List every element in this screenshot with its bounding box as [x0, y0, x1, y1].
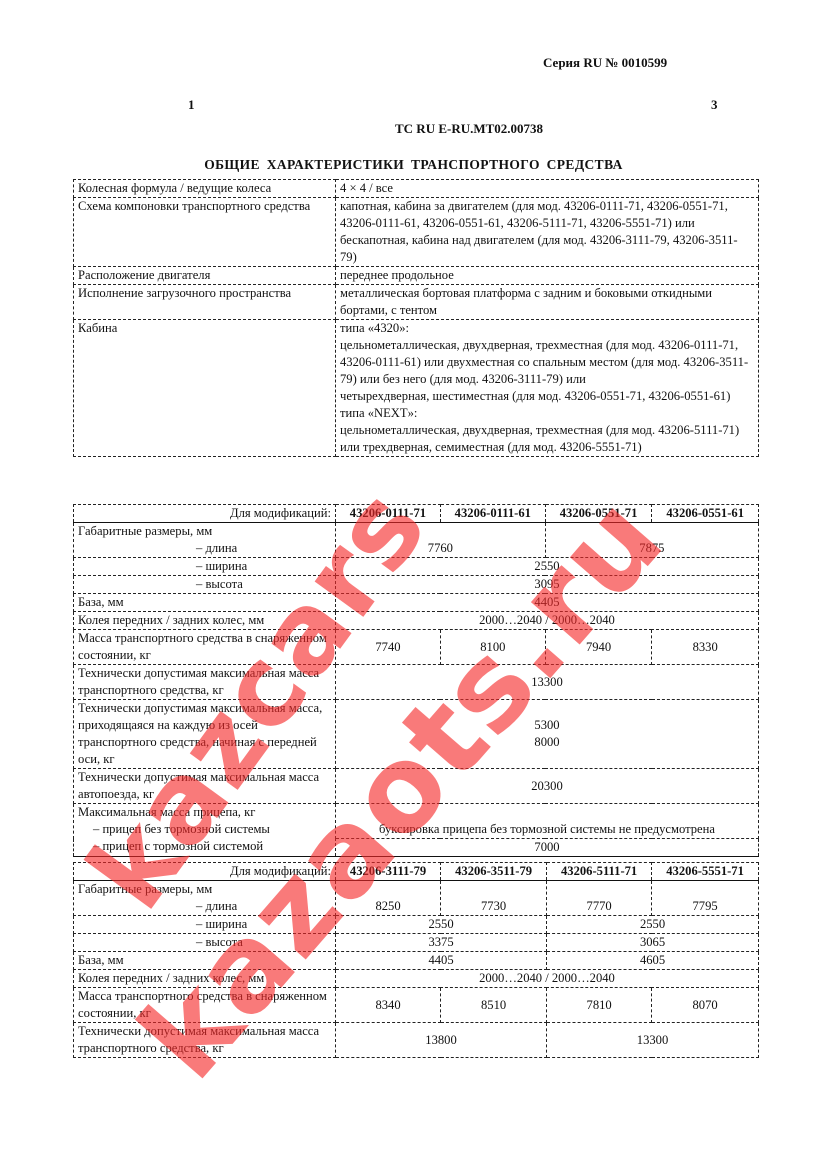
- table-row: – ширина 2550 2550: [74, 916, 759, 934]
- table-row: – высота 3095: [74, 576, 759, 594]
- table-row: Исполнение загрузочного пространства мет…: [74, 285, 759, 320]
- cell-value: 3095: [336, 576, 759, 594]
- row-label: Колея передних / задних колес, мм: [74, 970, 336, 988]
- cell-value: буксировка прицепа без тормозной системы…: [336, 804, 759, 839]
- cell-value: 8100: [440, 630, 545, 665]
- table-row: Максимальная масса прицепа, кг– прицеп б…: [74, 804, 759, 839]
- table-row: Масса транспортного средства в снаряженн…: [74, 630, 759, 665]
- cell-value: 8330: [652, 630, 759, 665]
- table-row: Колесная формула / ведущие колеса 4 × 4 …: [74, 180, 759, 198]
- table-row: Технически допустимая максимальная масса…: [74, 769, 759, 804]
- row-label: Технически допустимая максимальная масса…: [74, 769, 336, 804]
- cabin-description: типа «4320»: цельнометаллическая, двухдв…: [336, 320, 759, 457]
- model-header: 43206-0111-71: [336, 505, 441, 523]
- height-label: – высота: [78, 576, 331, 593]
- cell-value: 2000…2040 / 2000…2040: [336, 612, 759, 630]
- row-label: – ширина: [74, 558, 336, 576]
- cell-value: 7795: [652, 881, 759, 916]
- cell-value: 7770: [547, 881, 652, 916]
- table-header-row: Для модификаций: 43206-3111-79 43206-351…: [74, 863, 759, 881]
- row-label: Габаритные размеры, мм– длина: [74, 881, 336, 916]
- row-label: Масса транспортного средства в снаряженн…: [74, 630, 336, 665]
- cell-value: 4405: [336, 952, 547, 970]
- model-header: 43206-0111-61: [440, 505, 545, 523]
- row-label: – высота: [74, 934, 336, 952]
- cell-value: 7740: [336, 630, 441, 665]
- series-number: Серия RU № 0010599: [543, 55, 667, 71]
- model-header: 43206-0551-61: [652, 505, 759, 523]
- table-row: База, мм 4405: [74, 594, 759, 612]
- cabin-line: цельнометаллическая, двухдверная, трехме…: [340, 422, 754, 456]
- axle-mass-front: 5300: [340, 717, 754, 734]
- row-value: металлическая бортовая платформа с задни…: [336, 285, 759, 320]
- row-label: Технически допустимая максимальная масса…: [74, 665, 336, 700]
- width-label: – ширина: [78, 558, 331, 575]
- page-number-left: 1: [188, 97, 195, 113]
- modifications-table-2: Для модификаций: 43206-3111-79 43206-351…: [73, 862, 759, 1058]
- row-label: Расположение двигателя: [74, 267, 336, 285]
- cell-value: 3375: [336, 934, 547, 952]
- cell-value: 7000: [336, 839, 759, 857]
- cell-value: 2550: [336, 916, 547, 934]
- general-characteristics-table: Колесная формула / ведущие колеса 4 × 4 …: [73, 179, 759, 457]
- cell-value: 5300 8000: [336, 700, 759, 769]
- cell-value: 7730: [441, 881, 547, 916]
- table-header-row: Для модификаций: 43206-0111-71 43206-011…: [74, 505, 759, 523]
- trailer-mass-label: Максимальная масса прицепа, кг: [78, 805, 255, 819]
- cell-value: 13800: [336, 1023, 547, 1058]
- table-row: Технически допустимая максимальная масса…: [74, 700, 759, 769]
- row-value: 4 × 4 / все: [336, 180, 759, 198]
- table-row: Габаритные размеры, мм– длина 7760 7875: [74, 523, 759, 558]
- row-label: Колея передних / задних колес, мм: [74, 612, 336, 630]
- model-header: 43206-3511-79: [441, 863, 547, 881]
- table-row: – высота 3375 3065: [74, 934, 759, 952]
- dims-label: Габаритные размеры, мм: [78, 524, 212, 538]
- cell-value: 20300: [336, 769, 759, 804]
- cabin-line: типа «4320»:: [340, 320, 754, 337]
- row-value: переднее продольное: [336, 267, 759, 285]
- row-label: Технически допустимая максимальная масса…: [74, 1023, 336, 1058]
- table-row: База, мм 4405 4605: [74, 952, 759, 970]
- model-header: 43206-5111-71: [547, 863, 652, 881]
- cell-value: 4605: [547, 952, 759, 970]
- cell-value: 8340: [336, 988, 441, 1023]
- cell-value: 7875: [545, 523, 758, 558]
- row-label: Технически допустимая максимальная масса…: [74, 700, 336, 769]
- table-row: Масса транспортного средства в снаряженн…: [74, 988, 759, 1023]
- cabin-line: типа «NEXT»:: [340, 405, 754, 422]
- row-label: – высота: [74, 576, 336, 594]
- row-label: Габаритные размеры, мм– длина: [74, 523, 336, 558]
- table-row: Технически допустимая максимальная масса…: [74, 665, 759, 700]
- table-row: – ширина 2550: [74, 558, 759, 576]
- cell-value: 13300: [547, 1023, 759, 1058]
- row-label: Схема компоновки транспортного средства: [74, 198, 336, 267]
- table-row: Технически допустимая максимальная масса…: [74, 1023, 759, 1058]
- width-label: – ширина: [78, 916, 331, 933]
- axle-mass-rear: 8000: [340, 734, 754, 751]
- row-label: База, мм: [74, 952, 336, 970]
- table-row: Колея передних / задних колес, мм 2000…2…: [74, 970, 759, 988]
- model-header: 43206-0551-71: [545, 505, 652, 523]
- cell-value: 4405: [336, 594, 759, 612]
- cell-value: 7760: [336, 523, 546, 558]
- cell-value: 7940: [545, 630, 652, 665]
- cell-value: 8070: [652, 988, 759, 1023]
- table-row: Расположение двигателя переднее продольн…: [74, 267, 759, 285]
- cell-value: 13300: [336, 665, 759, 700]
- model-header: 43206-3111-79: [336, 863, 441, 881]
- row-label: Кабина: [74, 320, 336, 457]
- trailer-unbraked-label: – прицеп без тормозной системы: [78, 821, 331, 838]
- cell-value: 8510: [441, 988, 547, 1023]
- cell-value: 8250: [336, 881, 441, 916]
- page-number-right: 3: [711, 97, 718, 113]
- modifications-table-1: Для модификаций: 43206-0111-71 43206-011…: [73, 504, 759, 857]
- model-header: 43206-5551-71: [652, 863, 759, 881]
- for-mods-label: Для модификаций:: [74, 863, 336, 881]
- cell-value: 7810: [547, 988, 652, 1023]
- row-value: капотная, кабина за двигателем (для мод.…: [336, 198, 759, 267]
- row-label: Исполнение загрузочного пространства: [74, 285, 336, 320]
- cell-value: 3065: [547, 934, 759, 952]
- trailer-braked-label: – прицеп с тормозной системой: [78, 838, 331, 855]
- cell-value: 2000…2040 / 2000…2040: [336, 970, 759, 988]
- row-label: Максимальная масса прицепа, кг– прицеп б…: [74, 804, 336, 857]
- length-label: – длина: [78, 898, 331, 915]
- dims-label: Габаритные размеры, мм: [78, 882, 212, 896]
- cabin-line: цельнометаллическая, двухдверная, трехме…: [340, 337, 754, 388]
- cell-value: 2550: [336, 558, 759, 576]
- table-row: Кабина типа «4320»: цельнометаллическая,…: [74, 320, 759, 457]
- table-row: Габаритные размеры, мм– длина 8250 7730 …: [74, 881, 759, 916]
- row-label: Масса транспортного средства в снаряженн…: [74, 988, 336, 1023]
- cell-value: 2550: [547, 916, 759, 934]
- page-title: ОБЩИЕ ХАРАКТЕРИСТИКИ ТРАНСПОРТНОГО СРЕДС…: [0, 157, 827, 173]
- certificate-number: ТС RU E-RU.MT02.00738: [395, 121, 543, 137]
- row-label: Колесная формула / ведущие колеса: [74, 180, 336, 198]
- table-row: Колея передних / задних колес, мм 2000…2…: [74, 612, 759, 630]
- cabin-line: четырехдверная, шестиместная (для мод. 4…: [340, 388, 754, 405]
- table-row: Схема компоновки транспортного средства …: [74, 198, 759, 267]
- for-mods-label: Для модификаций:: [74, 505, 336, 523]
- row-label: База, мм: [74, 594, 336, 612]
- length-label: – длина: [78, 540, 331, 557]
- height-label: – высота: [78, 934, 331, 951]
- row-label: – ширина: [74, 916, 336, 934]
